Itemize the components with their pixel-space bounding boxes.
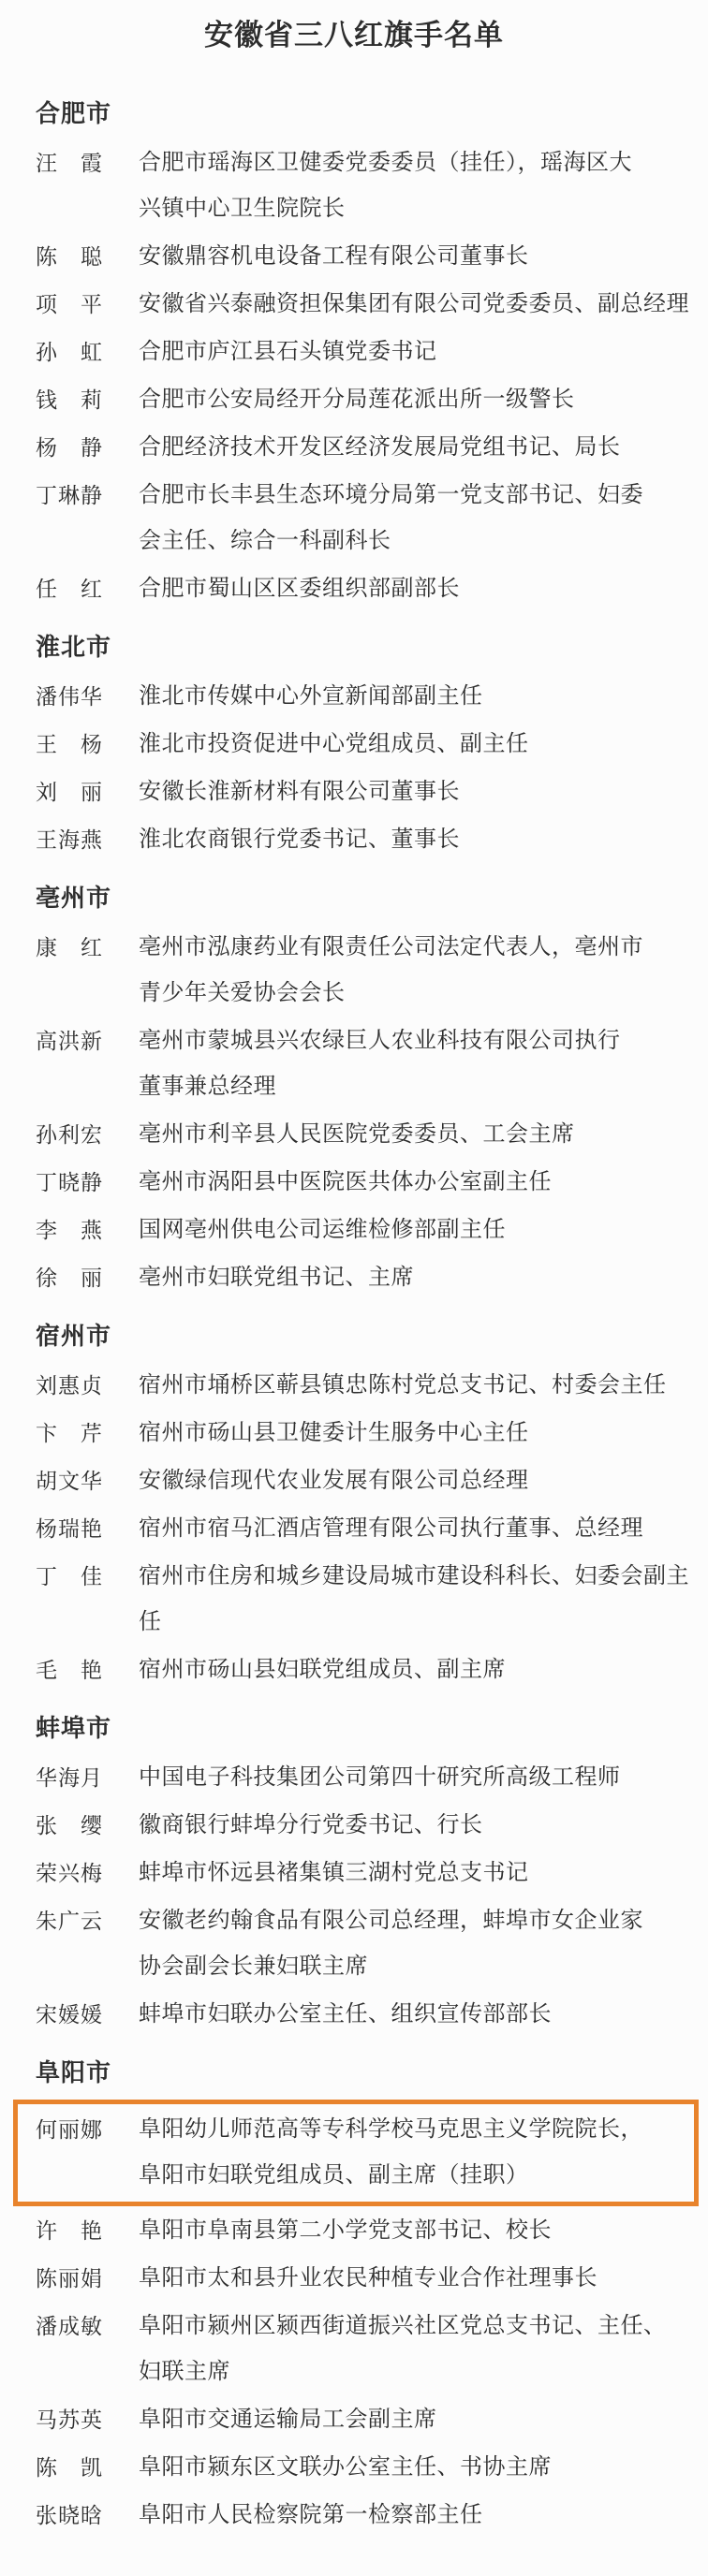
person-name: 华海月 — [36, 1755, 107, 1801]
city-section: 淮北市 潘伟华 淮北市传媒中心外宣新闻部副主任 王 杨 淮北市投资促进中心党组成… — [0, 631, 708, 863]
person-title: 合肥市公安局经开分局莲花派出所一级警长 — [139, 377, 708, 423]
person-name: 何丽娜 — [36, 2107, 107, 2153]
list-item: 徐 丽 亳州市妇联党组书记、主席 — [0, 1255, 708, 1301]
person-name: 朱广云 — [36, 1898, 107, 1944]
person-name: 丁晓静 — [36, 1160, 107, 1206]
person-title: 蚌埠市怀远县褚集镇三湖村党总支书记 — [139, 1851, 708, 1896]
person-name: 潘成敏 — [36, 2304, 107, 2349]
city-section: 阜阳市 何丽娜 阜阳幼儿师范高等专科学校马克思主义学院院长， 阜阳市妇联党组成员… — [0, 2056, 708, 2539]
person-name: 陈 凯 — [36, 2445, 107, 2491]
person-name: 宋媛媛 — [36, 1992, 107, 2038]
person-name: 汪 霞 — [36, 140, 107, 186]
person-title: 淮北农商银行党委书记、董事长 — [139, 817, 708, 863]
person-name: 卞 芹 — [36, 1411, 107, 1456]
person-title: 宿州市埇桥区蕲县镇忠陈村党总支书记、村委会主任 — [139, 1363, 708, 1409]
city-section-title: 亳州市 — [0, 882, 708, 914]
person-name: 杨瑞艳 — [36, 1506, 107, 1552]
list-item: 胡文华 安徽绿信现代农业发展有限公司总经理 — [0, 1458, 708, 1504]
person-name: 任 红 — [36, 566, 107, 612]
person-name: 钱 莉 — [36, 377, 107, 423]
city-section-title: 蚌埠市 — [0, 1712, 708, 1744]
list-item: 康 红 亳州市泓康药业有限责任公司法定代表人，亳州市 青少年关爱协会会长 — [0, 925, 708, 1017]
list-item: 刘惠贞 宿州市埇桥区蕲县镇忠陈村党总支书记、村委会主任 — [0, 1363, 708, 1409]
list-item: 潘伟华 淮北市传媒中心外宣新闻部副主任 — [0, 674, 708, 720]
person-title: 阜阳市人民检察院第一检察部主任 — [139, 2493, 708, 2539]
entry-list: 何丽娜 阜阳幼儿师范高等专科学校马克思主义学院院长， 阜阳市妇联党组成员、副主席… — [0, 2100, 708, 2539]
person-title: 安徽绿信现代农业发展有限公司总经理 — [139, 1458, 708, 1504]
person-title: 合肥市蜀山区区委组织部副部长 — [139, 566, 708, 612]
person-name: 项 平 — [36, 282, 107, 328]
list-item: 陈 聪 安徽鼎容机电设备工程有限公司董事长 — [0, 234, 708, 280]
person-name: 丁 佳 — [36, 1554, 107, 1600]
person-name: 毛 艳 — [36, 1647, 107, 1693]
list-item: 卞 芹 宿州市砀山县卫健委计生服务中心主任 — [0, 1411, 708, 1456]
list-item: 张晓晗 阜阳市人民检察院第一检察部主任 — [0, 2493, 708, 2539]
list-item: 毛 艳 宿州市砀山县妇联党组成员、副主席 — [0, 1647, 708, 1693]
person-name: 潘伟华 — [36, 674, 107, 720]
person-title: 宿州市住房和城乡建设局城市建设科科长、妇委会副主任 — [139, 1554, 708, 1646]
person-name: 张 缨 — [36, 1803, 107, 1849]
person-title: 亳州市涡阳县中医院医共体办公室副主任 — [139, 1160, 708, 1206]
sections: 合肥市 汪 霞 合肥市瑶海区卫健委党委委员（挂任），瑶海区大 兴镇中心卫生院院长… — [0, 97, 708, 2539]
list-item: 丁 佳 宿州市住房和城乡建设局城市建设科科长、妇委会副主任 — [0, 1554, 708, 1646]
person-title: 阜阳市交通运输局工会副主席 — [139, 2397, 708, 2443]
person-name: 张晓晗 — [36, 2493, 107, 2539]
person-title: 淮北市投资促进中心党组成员、副主任 — [139, 722, 708, 768]
list-item: 项 平 安徽省兴泰融资担保集团有限公司党委委员、副总经理 — [0, 282, 708, 328]
list-item: 孙利宏 亳州市利辛县人民医院党委委员、工会主席 — [0, 1112, 708, 1158]
person-title: 阜阳市颍东区文联办公室主任、书协主席 — [139, 2445, 708, 2491]
person-name: 荣兴梅 — [36, 1851, 107, 1896]
person-title: 阜阳市太和县升业农民种植专业合作社理事长 — [139, 2256, 708, 2302]
list-item: 张 缨 徽商银行蚌埠分行党委书记、行长 — [0, 1803, 708, 1849]
list-item: 丁琳静 合肥市长丰县生态环境分局第一党支部书记、妇委 会主任、综合一科副科长 — [0, 473, 708, 564]
person-name: 刘 丽 — [36, 769, 107, 815]
page-title: 安徽省三八红旗手名单 — [0, 17, 708, 54]
city-section-title: 合肥市 — [0, 97, 708, 129]
person-title: 宿州市宿马汇酒店管理有限公司执行董事、总经理 — [139, 1506, 708, 1552]
list-item: 丁晓静 亳州市涡阳县中医院医共体办公室副主任 — [0, 1160, 708, 1206]
list-item: 何丽娜 阜阳幼儿师范高等专科学校马克思主义学院院长， 阜阳市妇联党组成员、副主席… — [13, 2100, 699, 2206]
person-name: 孙利宏 — [36, 1112, 107, 1158]
list-item: 孙 虹 合肥市庐江县石头镇党委书记 — [0, 329, 708, 375]
person-title: 阜阳幼儿师范高等专科学校马克思主义学院院长， 阜阳市妇联党组成员、副主席（挂职） — [139, 2107, 694, 2199]
entry-list: 汪 霞 合肥市瑶海区卫健委党委委员（挂任），瑶海区大 兴镇中心卫生院院长 陈 聪… — [0, 140, 708, 612]
list-item: 宋媛媛 蚌埠市妇联办公室主任、组织宣传部部长 — [0, 1992, 708, 2038]
person-name: 杨 静 — [36, 425, 107, 471]
person-title: 安徽省兴泰融资担保集团有限公司党委委员、副总经理 — [139, 282, 708, 328]
person-title: 国网亳州供电公司运维检修部副主任 — [139, 1207, 708, 1253]
list-item: 汪 霞 合肥市瑶海区卫健委党委委员（挂任），瑶海区大 兴镇中心卫生院院长 — [0, 140, 708, 232]
list-item: 荣兴梅 蚌埠市怀远县褚集镇三湖村党总支书记 — [0, 1851, 708, 1896]
list-item: 杨 静 合肥经济技术开发区经济发展局党组书记、局长 — [0, 425, 708, 471]
list-item: 王海燕 淮北农商银行党委书记、董事长 — [0, 817, 708, 863]
list-item: 陈 凯 阜阳市颍东区文联办公室主任、书协主席 — [0, 2445, 708, 2491]
person-title: 亳州市利辛县人民医院党委委员、工会主席 — [139, 1112, 708, 1158]
person-title: 徽商银行蚌埠分行党委书记、行长 — [139, 1803, 708, 1849]
list-item: 华海月 中国电子科技集团公司第四十研究所高级工程师 — [0, 1755, 708, 1801]
person-name: 高洪新 — [36, 1018, 107, 1064]
person-title: 亳州市泓康药业有限责任公司法定代表人，亳州市 青少年关爱协会会长 — [139, 925, 708, 1017]
person-name: 陈 聪 — [36, 234, 107, 280]
list-item: 钱 莉 合肥市公安局经开分局莲花派出所一级警长 — [0, 377, 708, 423]
person-name: 陈丽娟 — [36, 2256, 107, 2302]
list-item: 杨瑞艳 宿州市宿马汇酒店管理有限公司执行董事、总经理 — [0, 1506, 708, 1552]
city-section-title: 宿州市 — [0, 1320, 708, 1352]
list-item: 任 红 合肥市蜀山区区委组织部副部长 — [0, 566, 708, 612]
person-title: 合肥市长丰县生态环境分局第一党支部书记、妇委 会主任、综合一科副科长 — [139, 473, 708, 564]
person-name: 胡文华 — [36, 1458, 107, 1504]
person-name: 李 燕 — [36, 1207, 107, 1253]
city-section-title: 淮北市 — [0, 631, 708, 663]
person-title: 阜阳市颍州区颍西街道振兴社区党总支书记、主任、 妇联主席 — [139, 2304, 708, 2395]
city-section-title: 阜阳市 — [0, 2056, 708, 2088]
person-name: 丁琳静 — [36, 473, 107, 519]
person-title: 安徽长淮新材料有限公司董事长 — [139, 769, 708, 815]
person-name: 刘惠贞 — [36, 1363, 107, 1409]
list-item: 许 艳 阜阳市阜南县第二小学党支部书记、校长 — [0, 2208, 708, 2254]
person-title: 阜阳市阜南县第二小学党支部书记、校长 — [139, 2208, 708, 2254]
list-item: 朱广云 安徽老约翰食品有限公司总经理，蚌埠市女企业家 协会副会长兼妇联主席 — [0, 1898, 708, 1990]
person-title: 亳州市妇联党组书记、主席 — [139, 1255, 708, 1301]
person-name: 马苏英 — [36, 2397, 107, 2443]
person-name: 孙 虹 — [36, 329, 107, 375]
person-title: 宿州市砀山县妇联党组成员、副主席 — [139, 1647, 708, 1693]
entry-list: 华海月 中国电子科技集团公司第四十研究所高级工程师 张 缨 徽商银行蚌埠分行党委… — [0, 1755, 708, 2038]
person-title: 安徽鼎容机电设备工程有限公司董事长 — [139, 234, 708, 280]
person-title: 蚌埠市妇联办公室主任、组织宣传部部长 — [139, 1992, 708, 2038]
person-title: 合肥市庐江县石头镇党委书记 — [139, 329, 708, 375]
person-title: 宿州市砀山县卫健委计生服务中心主任 — [139, 1411, 708, 1456]
city-section: 合肥市 汪 霞 合肥市瑶海区卫健委党委委员（挂任），瑶海区大 兴镇中心卫生院院长… — [0, 97, 708, 612]
person-title: 淮北市传媒中心外宣新闻部副主任 — [139, 674, 708, 720]
list-item: 高洪新 亳州市蒙城县兴农绿巨人农业科技有限公司执行 董事兼总经理 — [0, 1018, 708, 1110]
list-item: 刘 丽 安徽长淮新材料有限公司董事长 — [0, 769, 708, 815]
city-section: 宿州市 刘惠贞 宿州市埇桥区蕲县镇忠陈村党总支书记、村委会主任 卞 芹 宿州市砀… — [0, 1320, 708, 1693]
person-name: 王 杨 — [36, 722, 107, 768]
person-title: 合肥市瑶海区卫健委党委委员（挂任），瑶海区大 兴镇中心卫生院院长 — [139, 140, 708, 232]
list-item: 马苏英 阜阳市交通运输局工会副主席 — [0, 2397, 708, 2443]
list-item: 潘成敏 阜阳市颍州区颍西街道振兴社区党总支书记、主任、 妇联主席 — [0, 2304, 708, 2395]
person-name: 康 红 — [36, 925, 107, 971]
entry-list: 康 红 亳州市泓康药业有限责任公司法定代表人，亳州市 青少年关爱协会会长 高洪新… — [0, 925, 708, 1301]
city-section: 亳州市 康 红 亳州市泓康药业有限责任公司法定代表人，亳州市 青少年关爱协会会长… — [0, 882, 708, 1301]
person-title: 中国电子科技集团公司第四十研究所高级工程师 — [139, 1755, 708, 1801]
entry-list: 潘伟华 淮北市传媒中心外宣新闻部副主任 王 杨 淮北市投资促进中心党组成员、副主… — [0, 674, 708, 863]
person-name: 许 艳 — [36, 2208, 107, 2254]
document-page: 安徽省三八红旗手名单 合肥市 汪 霞 合肥市瑶海区卫健委党委委员（挂任），瑶海区… — [0, 0, 708, 2576]
person-title: 合肥经济技术开发区经济发展局党组书记、局长 — [139, 425, 708, 471]
list-item: 陈丽娟 阜阳市太和县升业农民种植专业合作社理事长 — [0, 2256, 708, 2302]
person-title: 亳州市蒙城县兴农绿巨人农业科技有限公司执行 董事兼总经理 — [139, 1018, 708, 1110]
entry-list: 刘惠贞 宿州市埇桥区蕲县镇忠陈村党总支书记、村委会主任 卞 芹 宿州市砀山县卫健… — [0, 1363, 708, 1693]
city-section: 蚌埠市 华海月 中国电子科技集团公司第四十研究所高级工程师 张 缨 徽商银行蚌埠… — [0, 1712, 708, 2038]
person-title: 安徽老约翰食品有限公司总经理，蚌埠市女企业家 协会副会长兼妇联主席 — [139, 1898, 708, 1990]
person-name: 徐 丽 — [36, 1255, 107, 1301]
list-item: 李 燕 国网亳州供电公司运维检修部副主任 — [0, 1207, 708, 1253]
person-name: 王海燕 — [36, 817, 107, 863]
list-item: 王 杨 淮北市投资促进中心党组成员、副主任 — [0, 722, 708, 768]
